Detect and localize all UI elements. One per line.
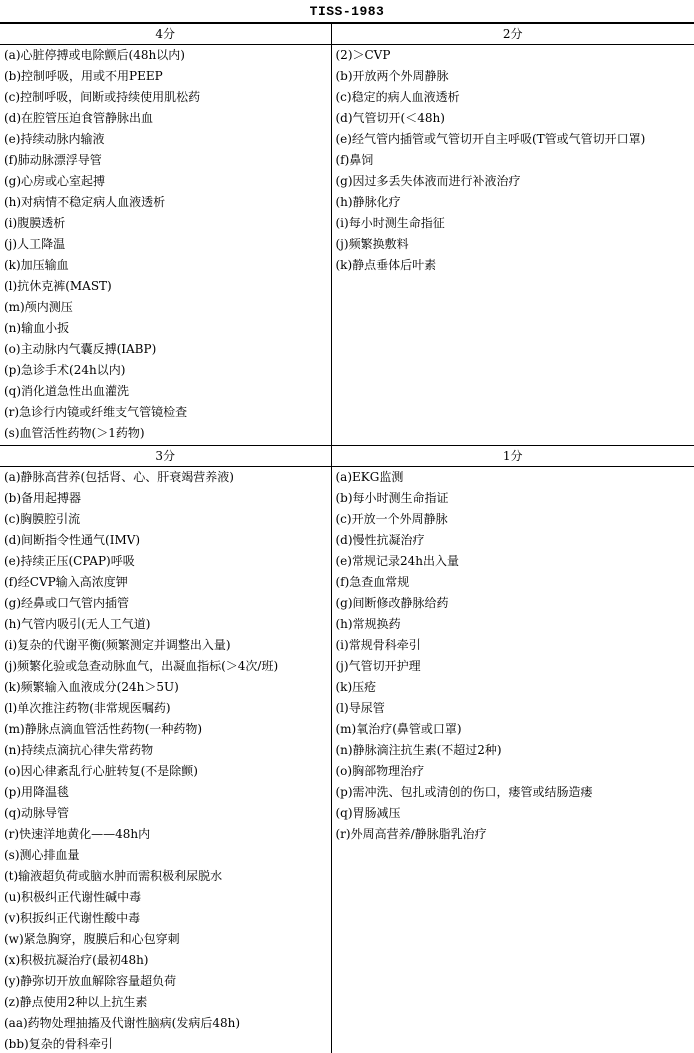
list-item: (v)积扳纠正代谢性酸中毒	[0, 908, 331, 929]
list-item: (o)胸部物理治疗	[332, 761, 694, 782]
list-item: (s)测心排血量	[0, 845, 331, 866]
list-item: (i)常规骨科牵引	[332, 635, 694, 656]
list-item: (a)心脏停搏或电除颤后(48h以内)	[0, 45, 331, 66]
list-item: (e)经气管内插管或气管切开自主呼吸(T管或气管切开口罩)	[332, 129, 694, 150]
header-row-top: 4分 2分	[0, 23, 694, 45]
list-item: (m)颅内测压	[0, 297, 331, 318]
list-item: (aa)药物处理抽搐及代谢性脑病(发病后48h)	[0, 1013, 331, 1034]
list-3-points: (a)静脉高营养(包括肾、心、肝衰竭营养液)(b)备用起搏器(c)胸膜腔引流(d…	[0, 467, 331, 1053]
list-item: (r)快速洋地黄化——48h内	[0, 824, 331, 845]
body-row-top: (a)心脏停搏或电除颤后(48h以内)(b)控制呼吸，用或不用PEEP(c)控制…	[0, 45, 694, 446]
list-item: (u)积极纠正代谢性碱中毒	[0, 887, 331, 908]
list-item: (k)压疮	[332, 677, 694, 698]
list-item: (l)单次推注药物(非常规医嘱药)	[0, 698, 331, 719]
list-item: (i)腹膜透析	[0, 213, 331, 234]
list-item: (h)常规换药	[332, 614, 694, 635]
list-item: (b)开放两个外周静脉	[332, 66, 694, 87]
list-item: (o)因心律紊乱行心脏转复(不是除颤)	[0, 761, 331, 782]
list-4-points: (a)心脏停搏或电除颤后(48h以内)(b)控制呼吸，用或不用PEEP(c)控制…	[0, 45, 331, 446]
tiss-score-table: 4分 2分 (a)心脏停搏或电除颤后(48h以内)(b)控制呼吸，用或不用PEE…	[0, 22, 694, 1053]
list-item: (d)气管切开(＜48h)	[332, 108, 694, 129]
list-item: (p)用降温毯	[0, 782, 331, 803]
list-item: (i)每小时测生命指征	[332, 213, 694, 234]
list-item: (l)导尿管	[332, 698, 694, 719]
list-item: (b)备用起搏器	[0, 488, 331, 509]
list-item: (k)频繁输入血液成分(24h＞5U)	[0, 677, 331, 698]
list-item: (e)持续动脉内输液	[0, 129, 331, 150]
list-item: (y)静弥切开放血解除容量超负荷	[0, 971, 331, 992]
header-2-points: 2分	[331, 23, 694, 45]
header-1-point: 1分	[331, 446, 694, 467]
list-item: (n)输血小扳	[0, 318, 331, 339]
list-item: (o)主动脉内气囊反搏(IABP)	[0, 339, 331, 360]
table-title: TISS-1983	[0, 0, 694, 22]
list-item: (j)频繁化验或急查动脉血气，出凝血指标(＞4次/班)	[0, 656, 331, 677]
body-row-bottom: (a)静脉高营养(包括肾、心、肝衰竭营养液)(b)备用起搏器(c)胸膜腔引流(d…	[0, 467, 694, 1053]
list-item: (m)氧治疗(鼻管或口罩)	[332, 719, 694, 740]
list-item: (e)常规记录24h出入量	[332, 551, 694, 572]
list-item: (g)经鼻或口气管内插管	[0, 593, 331, 614]
list-item: (j)人工降温	[0, 234, 331, 255]
list-item: (n)持续点滴抗心律失常药物	[0, 740, 331, 761]
list-item: (a)静脉高营养(包括肾、心、肝衰竭营养液)	[0, 467, 331, 488]
list-item: (a)EKG监测	[332, 467, 694, 488]
list-item: (r)外周高营养/静脉脂乳治疗	[332, 824, 694, 845]
list-item: (g)间断修改静脉给药	[332, 593, 694, 614]
list-item: (x)积极抗凝治疗(最初48h)	[0, 950, 331, 971]
list-item: (s)血管活性药物(＞1药物)	[0, 423, 331, 444]
list-item: (j)频繁换敷料	[332, 234, 694, 255]
list-item: (b)控制呼吸，用或不用PEEP	[0, 66, 331, 87]
list-item: (q)动脉导管	[0, 803, 331, 824]
list-item: (d)间断指令性通气(IMV)	[0, 530, 331, 551]
list-item: (p)需冲洗、包扎或清创的伤口，瘘管或结肠造瘘	[332, 782, 694, 803]
list-item: (k)加压输血	[0, 255, 331, 276]
list-item: (z)静点使用2种以上抗生素	[0, 992, 331, 1013]
list-item: (l)抗休克裤(MAST)	[0, 276, 331, 297]
list-item: (h)静脉化疗	[332, 192, 694, 213]
list-item: (g)心房或心室起搏	[0, 171, 331, 192]
list-item: (t)输液超负荷或脑水肿而需积极利尿脱水	[0, 866, 331, 887]
header-4-points: 4分	[0, 23, 331, 45]
list-item: (2)＞CVP	[332, 45, 694, 66]
list-item: (q)消化道急性出血灌洗	[0, 381, 331, 402]
list-item: (f)经CVP输入高浓度钾	[0, 572, 331, 593]
header-row-bottom: 3分 1分	[0, 446, 694, 467]
list-item: (r)急诊行内镜或纤维支气管镜检查	[0, 402, 331, 423]
list-item: (c)控制呼吸，间断或持续使用肌松药	[0, 87, 331, 108]
list-item: (bb)复杂的骨科牵引	[0, 1034, 331, 1053]
list-item: (c)开放一个外周静脉	[332, 509, 694, 530]
list-item: (f)肺动脉漂浮导管	[0, 150, 331, 171]
list-1-point: (a)EKG监测(b)每小时测生命指证(c)开放一个外周静脉(d)慢性抗凝治疗(…	[331, 467, 694, 1053]
list-item: (g)因过多丢失体液而进行补液治疗	[332, 171, 694, 192]
list-item: (k)静点垂体后叶素	[332, 255, 694, 276]
list-item: (h)气管内吸引(无人工气道)	[0, 614, 331, 635]
list-item: (b)每小时测生命指证	[332, 488, 694, 509]
list-item: (i)复杂的代谢平衡(频繁测定并调整出入量)	[0, 635, 331, 656]
list-item: (f)急查血常规	[332, 572, 694, 593]
list-item: (d)在腔管压迫食管静脉出血	[0, 108, 331, 129]
list-item: (p)急诊手术(24h以内)	[0, 360, 331, 381]
list-item: (w)紧急胸穿，腹膜后和心包穿刺	[0, 929, 331, 950]
list-item: (n)静脉滴注抗生素(不超过2种)	[332, 740, 694, 761]
list-item: (d)慢性抗凝治疗	[332, 530, 694, 551]
list-item: (c)胸膜腔引流	[0, 509, 331, 530]
list-item: (q)胃肠减压	[332, 803, 694, 824]
list-item: (f)鼻饲	[332, 150, 694, 171]
list-item: (h)对病情不稳定病人血液透析	[0, 192, 331, 213]
list-item: (m)静脉点滴血管活性药物(一种药物)	[0, 719, 331, 740]
list-item: (c)稳定的病人血液透析	[332, 87, 694, 108]
list-2-points: (2)＞CVP(b)开放两个外周静脉(c)稳定的病人血液透析(d)气管切开(＜4…	[331, 45, 694, 446]
list-item: (j)气管切开护理	[332, 656, 694, 677]
header-3-points: 3分	[0, 446, 331, 467]
list-item: (e)持续正压(CPAP)呼吸	[0, 551, 331, 572]
